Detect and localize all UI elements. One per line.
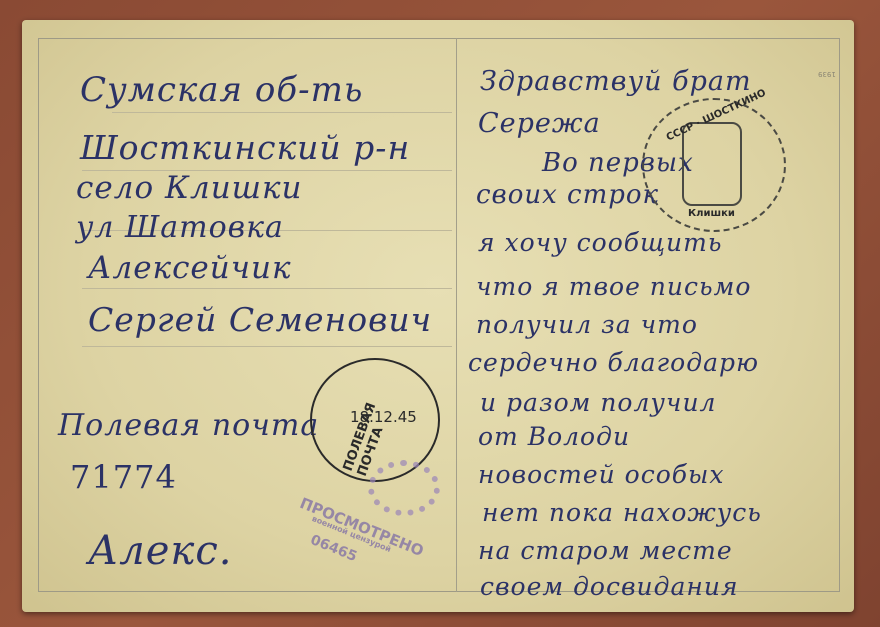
postmark-inner-frame — [682, 122, 742, 206]
message-line: сердечно благодарю — [468, 348, 759, 377]
message-line: я хочу сообщить — [478, 228, 722, 257]
message-line: Здравствуй брат — [480, 66, 752, 97]
address-line: Сумская об-ть — [80, 70, 363, 110]
address-rule — [82, 288, 452, 289]
address-line: Сергей Семенович — [88, 300, 432, 339]
postmark-inner-text: Клишки — [688, 208, 735, 219]
address-line: ул Шатовка — [76, 210, 284, 245]
censor-seal — [368, 460, 440, 516]
message-line: Сережа — [478, 108, 601, 139]
address-rule — [82, 346, 452, 347]
message-line: нет пока нахожусь — [482, 498, 762, 527]
message-line: своем досвидания — [480, 572, 739, 601]
message-line: на старом месте — [478, 536, 733, 565]
message-line: получил за что — [476, 310, 698, 339]
message-line: и разом получил — [480, 388, 716, 417]
message-line: новостей особых — [478, 460, 725, 489]
print-mark: 1939 — [818, 70, 836, 78]
address-line: Алексейчик — [88, 250, 292, 286]
postcard-divider — [456, 38, 457, 592]
sender-field-post-number: 71774 — [70, 458, 177, 496]
message-line: своих строк — [476, 180, 659, 210]
message-line: от Володи — [478, 422, 630, 451]
address-line: село Клишки — [76, 170, 303, 206]
sender-field-post-label: Полевая почта — [58, 408, 319, 443]
message-line: что я твое письмо — [476, 272, 751, 301]
address-rule — [112, 112, 452, 113]
postcard: 1939 Сумская об-ть Шосткинский р-н село … — [22, 20, 854, 612]
postmark-date: 18.12.45 — [350, 408, 417, 426]
postmark-origin: СССР · ШОСТКИНО Клишки — [642, 98, 786, 232]
address-line: Шосткинский р-н — [80, 128, 410, 167]
sender-signature: Алекс. — [88, 528, 232, 574]
